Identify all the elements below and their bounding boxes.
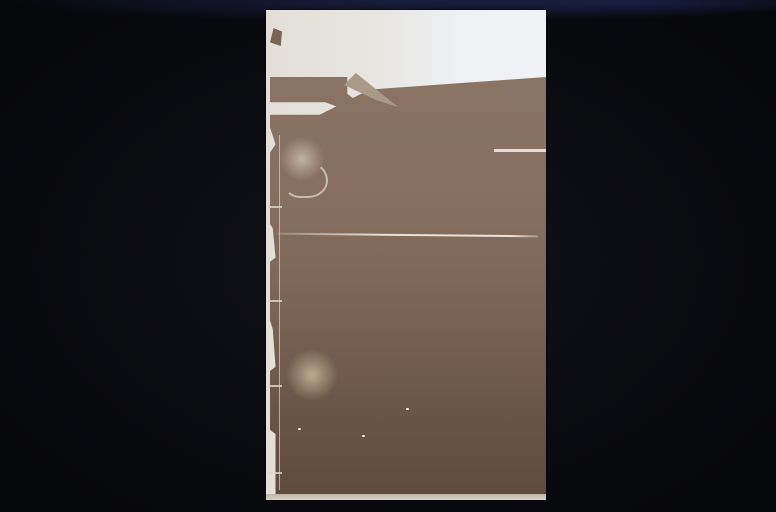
stray-thread-loop <box>284 160 328 198</box>
photo-scene <box>0 0 776 512</box>
bottom-page-edge <box>266 494 546 500</box>
torn-corner-fragment <box>270 28 282 46</box>
binding-stitch <box>268 385 282 387</box>
paper-speck <box>406 408 409 410</box>
book <box>266 10 546 500</box>
worn-brown-cover <box>270 77 546 497</box>
paper-speck <box>298 428 301 430</box>
binding-thread <box>279 135 280 490</box>
binding-stitch <box>268 300 282 302</box>
paper-speck <box>362 435 365 437</box>
binding-stitch <box>268 472 282 474</box>
upper-right-crease <box>494 149 546 152</box>
binding-stitch <box>268 206 282 208</box>
